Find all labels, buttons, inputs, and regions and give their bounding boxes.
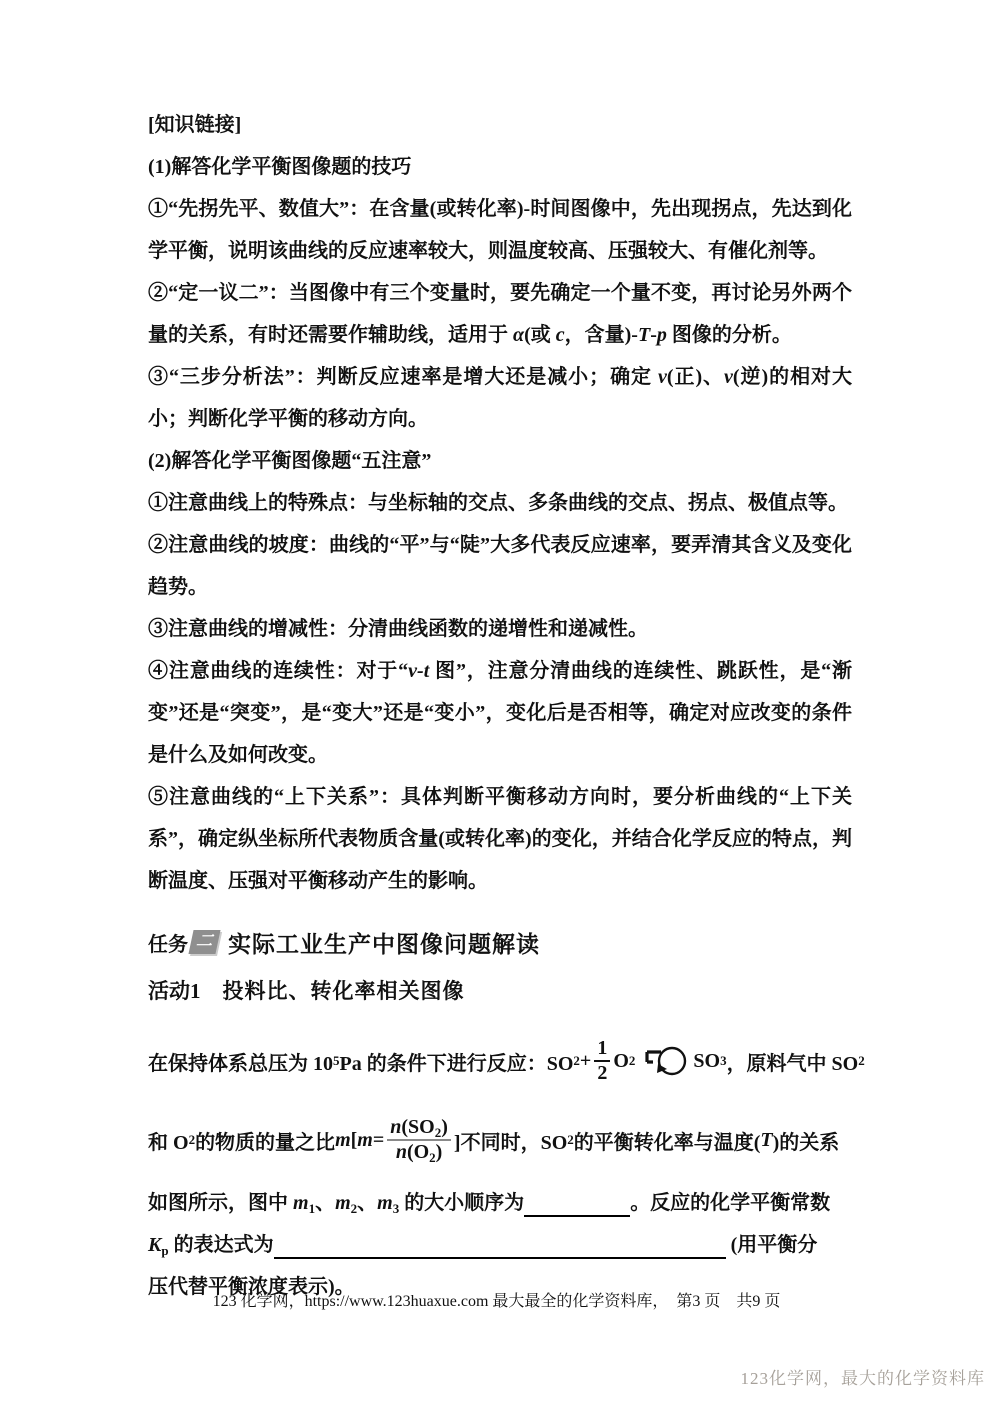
question-text: 的表达式为 [169, 1234, 274, 1256]
task-header: 任务 二 实际工业生产中图像问题解读 [148, 918, 852, 966]
formula-text: )的关系 [773, 1126, 840, 1155]
page-footer: 123 化学网，https://www.123huaxue.com 最大最全的化… [0, 1288, 993, 1311]
formula-text: ) [436, 1141, 443, 1163]
question-text: (用平衡分 [726, 1234, 818, 1256]
text-run: - [650, 324, 657, 346]
task-label: 任务 [148, 928, 188, 957]
text-run: v [658, 366, 667, 388]
text-run: (正)、 [667, 366, 724, 388]
formula-text: SO [693, 1050, 720, 1073]
para-tip-1: ①“先拐先平、数值大”：在含量(或转化率)-时间图像中，先出现拐点，先达到化学平… [148, 188, 852, 272]
answer-blank-order [524, 1213, 630, 1217]
text-run: (2)解答化学平衡图像题“五注意” [148, 450, 431, 472]
variable-m: m [293, 1192, 309, 1214]
variable-m: m [377, 1192, 393, 1214]
fraction-numerator: 1 [594, 1037, 610, 1062]
formula-text: Pa 的条件下进行反应：SO [340, 1047, 574, 1076]
question-text: 、 [315, 1192, 335, 1214]
para-note-1: ①注意曲线上的特殊点：与坐标轴的交点、多条曲线的交点、拐点、极值点等。 [148, 482, 852, 524]
question-text: 、 [357, 1192, 377, 1214]
question-text: 的大小顺序为 [399, 1192, 524, 1214]
variable-n: n [390, 1116, 401, 1138]
document-content: [知识链接] (1)解答化学平衡图像题的技巧 ①“先拐先平、数值大”：在含量(或… [148, 104, 852, 1308]
question-text: 如图所示，图中 [148, 1192, 293, 1214]
task-title: 实际工业生产中图像问题解读 [228, 926, 540, 959]
activity-label: 活动1 [148, 968, 201, 1014]
text-run: ④注意曲线的连续性：对于“ [148, 660, 408, 682]
text-run: 图像的分析。 [667, 324, 792, 346]
formula-line-ratio: 和 O2 的物质的量之比 m[m=n(SO2)n(O2)]不同时，SO2 的平衡… [148, 1098, 852, 1182]
formula-text: O [613, 1050, 629, 1073]
para-note-3: ③注意曲线的增减性：分清曲线函数的递增性和递减性。 [148, 608, 852, 650]
text-run: (或 [524, 324, 556, 346]
plus-sign: + [580, 1050, 591, 1073]
variable-n: n [396, 1141, 407, 1163]
text-run: c [556, 324, 565, 346]
text-run: ③“三步分析法”：判断反应速率是增大还是减小；确定 [148, 366, 658, 388]
variable-m: m [357, 1129, 373, 1152]
variable-T: T [760, 1129, 772, 1152]
text-run: T [638, 324, 650, 346]
formula-text: ，原料气中 SO [727, 1047, 859, 1076]
text-run: p [657, 324, 667, 346]
subscript: p [161, 1243, 168, 1258]
variable-m: m [335, 1192, 351, 1214]
bracket: [ [351, 1129, 358, 1152]
fraction-one-half: 12 [594, 1037, 610, 1085]
formula-text: ]不同时，SO [454, 1126, 567, 1155]
para-note-4: ④注意曲线的连续性：对于“v-t 图”，注意分清曲线的连续性、跳跃性，是“渐变”… [148, 650, 852, 776]
para-tip-2: ②“定一议二”：当图像中有三个变量时，要先确定一个量不变，再讨论另外两个量的关系… [148, 272, 852, 356]
heading-five-notes: (2)解答化学平衡图像题“五注意” [148, 440, 852, 482]
formula-line-reaction: 在保持体系总压为 105 Pa 的条件下进行反应：SO2+12O2 SO3，原料… [148, 1024, 852, 1098]
fraction-mole-ratio: n(SO2)n(O2) [387, 1116, 451, 1164]
question-line-order: 如图所示，图中 m1、m2、m3 的大小顺序为。反应的化学平衡常数 [148, 1182, 852, 1224]
document-page: [知识链接] (1)解答化学平衡图像题的技巧 ①“先拐先平、数值大”：在含量(或… [0, 0, 993, 1404]
heading-tips: (1)解答化学平衡图像题的技巧 [148, 146, 852, 188]
formula-text: 的平衡转化率与温度( [574, 1126, 761, 1155]
fraction-numerator: n(SO2) [387, 1116, 451, 1141]
formula-text: 的物质的量之比 [195, 1126, 335, 1155]
text-run: ⑤注意曲线的“上下关系”：具体判断平衡移动方向时，要分析曲线的“上下关系”，确定… [148, 786, 852, 892]
answer-blank-kp [274, 1255, 726, 1259]
text-run: ①“先拐先平、数值大”：在含量(或转化率)-时间图像中，先出现拐点，先达到化学平… [148, 198, 852, 262]
text-run: v-t [408, 660, 429, 682]
fraction-denominator: n(O2) [393, 1141, 446, 1164]
task-number-badge: 二 [188, 930, 220, 954]
equilibrium-symbol-icon [643, 1043, 691, 1079]
text-run: ③注意曲线的增减性：分清曲线函数的递增性和递减性。 [148, 618, 648, 640]
formula-text: ) [441, 1116, 448, 1138]
para-note-2: ②注意曲线的坡度：曲线的“平”与“陡”大多代表反应速率，要弄清其含义及变化趋势。 [148, 524, 852, 608]
activity-title: 投料比、转化率相关图像 [223, 968, 465, 1014]
text-run: ①注意曲线上的特殊点：与坐标轴的交点、多条曲线的交点、拐点、极值点等。 [148, 492, 848, 514]
text-run: α [513, 324, 524, 346]
formula-text: 和 O [148, 1126, 189, 1155]
variable-K: K [148, 1234, 161, 1256]
text-run: ②注意曲线的坡度：曲线的“平”与“陡”大多代表反应速率，要弄清其含义及变化趋势。 [148, 534, 852, 598]
watermark: 123化学网，最大的化学资料库 [741, 1364, 986, 1389]
para-note-5: ⑤注意曲线的“上下关系”：具体判断平衡移动方向时，要分析曲线的“上下关系”，确定… [148, 776, 852, 902]
text-run: ，含量)- [565, 324, 638, 346]
section-heading-knowledge-link: [知识链接] [148, 104, 852, 146]
text-run: v [724, 366, 733, 388]
fraction-denominator: 2 [594, 1062, 610, 1085]
text-run: (1)解答化学平衡图像题的技巧 [148, 156, 411, 178]
variable-m: m [335, 1129, 351, 1152]
question-text: 。反应的化学平衡常数 [630, 1192, 830, 1214]
para-tip-3: ③“三步分析法”：判断反应速率是增大还是减小；确定 v(正)、v(逆)的相对大小… [148, 356, 852, 440]
formula-text: (SO [401, 1116, 434, 1138]
equals-sign: = [373, 1129, 384, 1152]
text-run: [知识链接] [148, 114, 241, 136]
formula-text: (O [407, 1141, 429, 1163]
formula-text: 在保持体系总压为 10 [148, 1047, 333, 1076]
question-line-kp: Kp 的表达式为 (用平衡分 [148, 1224, 852, 1266]
activity-header: 活动1 投料比、转化率相关图像 [148, 968, 852, 1014]
